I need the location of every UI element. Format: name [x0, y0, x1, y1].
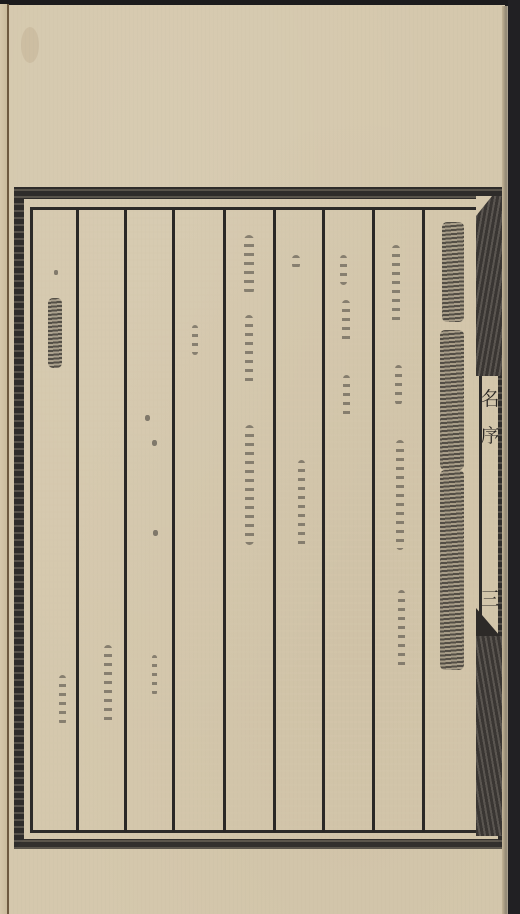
fish-tail-top-ornament: [476, 196, 502, 376]
centerfold-title-char: 序: [479, 425, 501, 447]
ink-trace: [343, 375, 350, 420]
fish-tail-bottom-ornament: [476, 636, 502, 836]
paper-stain: [21, 27, 39, 63]
ink-trace: [396, 440, 404, 550]
column-rule: [422, 210, 425, 832]
ink-trace: [54, 270, 58, 275]
ink-trace: [245, 315, 253, 385]
ink-trace: [59, 675, 66, 725]
ink-trace: [104, 645, 112, 725]
ink-trace: [395, 365, 402, 405]
printed-inner-border: [30, 207, 482, 833]
ink-trace: [152, 440, 157, 446]
ink-trace: [440, 470, 464, 670]
column-rule: [76, 210, 79, 832]
column-rule: [124, 210, 127, 832]
ink-trace: [244, 235, 254, 295]
ink-trace: [153, 530, 158, 536]
column-rule: [273, 210, 276, 832]
ink-trace: [192, 325, 198, 355]
scan-right-border: [508, 0, 520, 914]
centerfold-page-number: 三: [479, 588, 501, 610]
ink-trace: [145, 415, 150, 421]
ink-trace: [392, 245, 400, 325]
column-rule: [223, 210, 226, 832]
ink-trace: [245, 425, 254, 545]
ink-trace: [298, 460, 305, 550]
centerfold-title-char: 名: [479, 388, 501, 410]
ink-trace: [340, 255, 347, 285]
ink-trace: [440, 330, 464, 470]
ink-trace: [292, 255, 300, 269]
ink-trace: [398, 590, 405, 670]
ink-trace: [48, 298, 62, 368]
ink-trace: [442, 222, 464, 322]
column-rule: [372, 210, 375, 832]
ink-trace: [152, 655, 157, 695]
ink-trace: [342, 300, 350, 345]
column-rule: [322, 210, 325, 832]
column-rule: [172, 210, 175, 832]
